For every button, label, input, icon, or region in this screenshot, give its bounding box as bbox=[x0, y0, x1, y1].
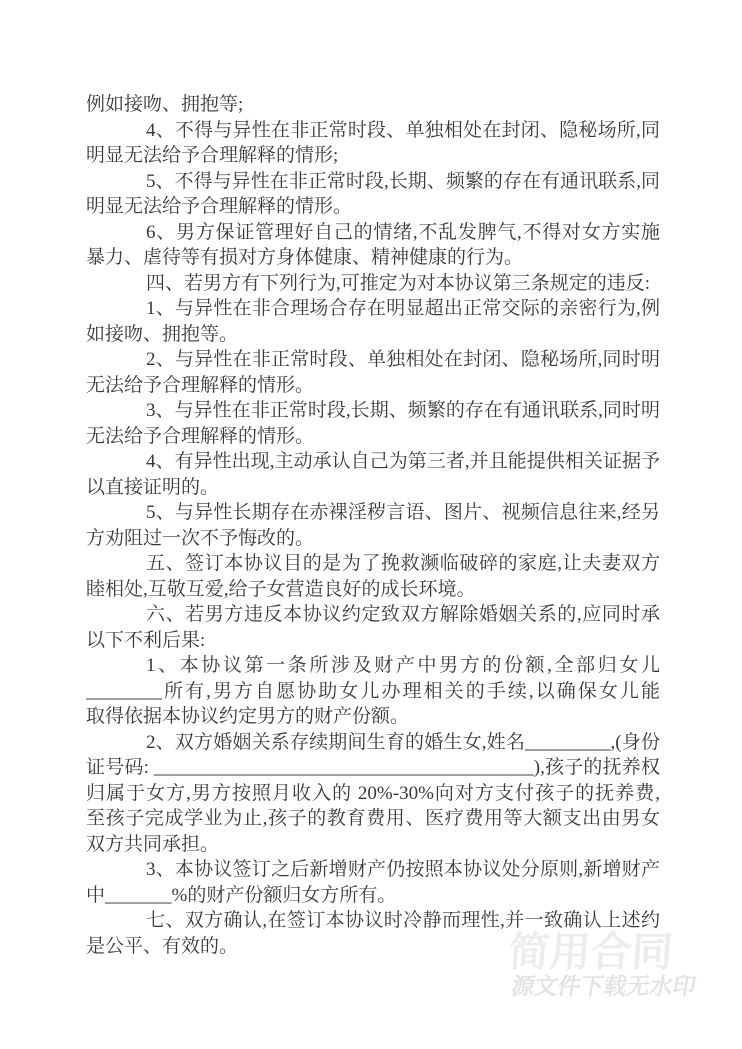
document-line: 双方共同承担。 bbox=[86, 832, 660, 858]
document-line: 4、有异性出现,主动承认自己为第三者,并且能提供相关证据予 bbox=[86, 449, 660, 475]
document-line: 6、男方保证管理好自己的情绪,不乱发脾气,不得对女方实施 bbox=[86, 220, 660, 246]
document-line: 2、与异性在非正常时段、单独相处在封闭、隐秘场所,同时明显 bbox=[86, 347, 660, 373]
document-line: 证号码: ___________________________________… bbox=[86, 755, 660, 781]
document-line: 中_______%的财产份额归女方所有。 bbox=[86, 883, 660, 909]
document-line: 睦相处,互敬互爱,给子女营造良好的成长环境。 bbox=[86, 577, 660, 603]
document-line: 例如接吻、拥抱等; bbox=[86, 92, 660, 118]
document-line: 归属于女方,男方按照月收入的 20%-30%向对方支付孩子的抚养费, bbox=[86, 781, 660, 807]
document-line: 至孩子完成学业为止,孩子的教育费用、医疗费用等大额支出由男女 bbox=[86, 806, 660, 832]
document-line: 5、与异性长期存在赤裸淫秽言语、图片、视频信息往来,经另一 bbox=[86, 500, 660, 526]
document-line: 1、本协议第一条所涉及财产中男方的份额,全部归女儿 bbox=[86, 653, 660, 679]
document-line: 如接吻、拥抱等。 bbox=[86, 322, 660, 348]
document-line: 是公平、有效的。 bbox=[86, 934, 660, 960]
document-line: 以下不利后果: bbox=[86, 628, 660, 654]
document-line: 七、双方确认,在签订本协议时冷静而理性,并一致确认上述约定 bbox=[86, 908, 660, 934]
document-body: 例如接吻、拥抱等;4、不得与异性在非正常时段、单独相处在封闭、隐秘场所,同时明显… bbox=[86, 92, 660, 959]
document-line: 四、若男方有下列行为,可推定为对本协议第三条规定的违反: bbox=[86, 271, 660, 297]
document-line: 2、双方婚姻关系存续期间生育的婚生女,姓名_________,(身份 bbox=[86, 730, 660, 756]
document-line: 以直接证明的。 bbox=[86, 475, 660, 501]
document-line: 取得依据本协议约定男方的财产份额。 bbox=[86, 704, 660, 730]
document-line: 方劝阻过一次不予悔改的。 bbox=[86, 526, 660, 552]
document-line: 无法给予合理解释的情形。 bbox=[86, 373, 660, 399]
document-line: 明显无法给予合理解释的情形; bbox=[86, 143, 660, 169]
document-line: 5、不得与异性在非正常时段,长期、频繁的存在有通讯联系,同时 bbox=[86, 169, 660, 195]
document-line: 4、不得与异性在非正常时段、单独相处在封闭、隐秘场所,同时 bbox=[86, 118, 660, 144]
document-line: 六、若男方违反本协议约定致双方解除婚姻关系的,应同时承担 bbox=[86, 602, 660, 628]
document-page: 简用合同 源文件下载无水印 例如接吻、拥抱等;4、不得与异性在非正常时段、单独相… bbox=[0, 0, 742, 1049]
document-line: 五、签订本协议目的是为了挽救濒临破碎的家庭,让夫妻双方和 bbox=[86, 551, 660, 577]
document-line: 明显无法给予合理解释的情形。 bbox=[86, 194, 660, 220]
document-line: 无法给予合理解释的情形。 bbox=[86, 424, 660, 450]
document-line: 3、与异性在非正常时段,长期、频繁的存在有通讯联系,同时明显 bbox=[86, 398, 660, 424]
document-line: 3、本协议签订之后新增财产仍按照本协议处分原则,新增财产 bbox=[86, 857, 660, 883]
document-line: ________所有,男方自愿协助女儿办理相关的手续,以确保女儿能 bbox=[86, 679, 660, 705]
watermark-tagline-text: 源文件下载无水印 bbox=[509, 968, 699, 1001]
document-line: 1、与异性在非合理场合存在明显超出正常交际的亲密行为,例 bbox=[86, 296, 660, 322]
document-line: 暴力、虐待等有损对方身体健康、精神健康的行为。 bbox=[86, 245, 660, 271]
